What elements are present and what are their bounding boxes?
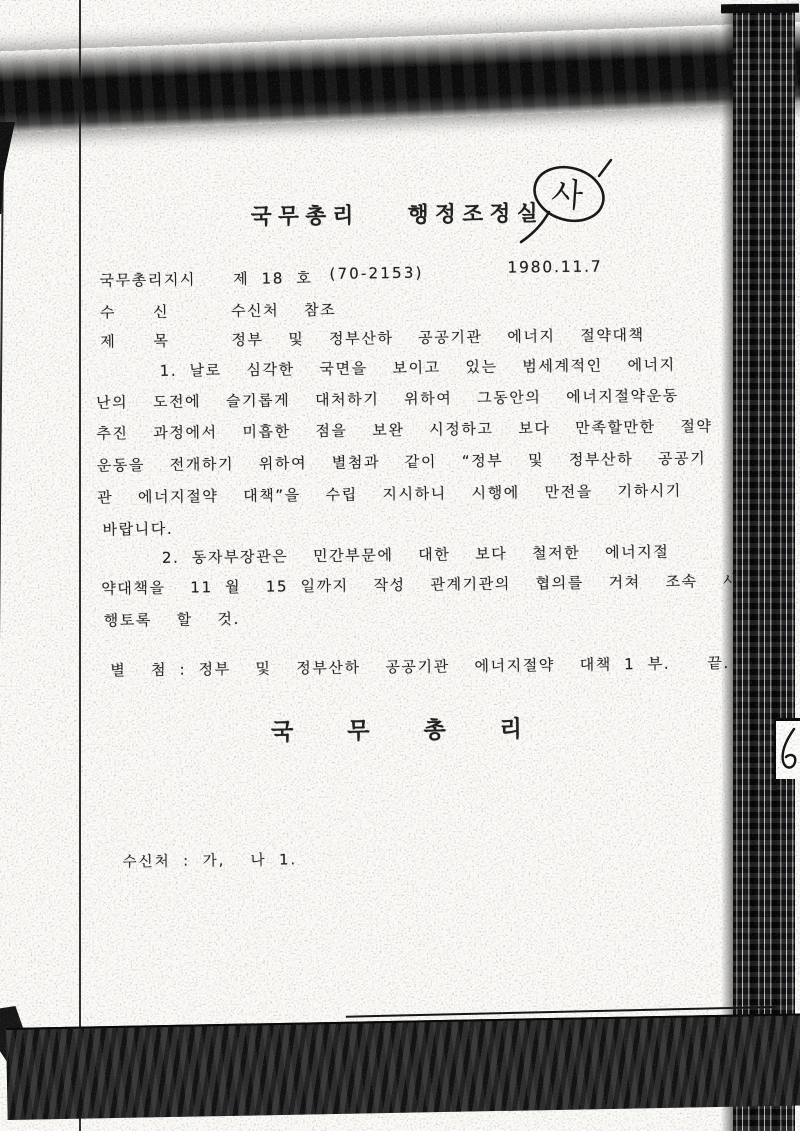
- body-line: 난의 도전에 슬기롭게 대처하기 위하여 그동안의 에너지절약운동: [96, 385, 679, 413]
- recipient-line: 수 신 수신처 참조: [100, 299, 337, 323]
- distribution-line: 수신처 : 가, 나 1.: [122, 848, 297, 871]
- scanned-document-page: 사 국무총리 행정조정실 국무총리지시 제 18 호 (70-2153) 198…: [0, 0, 800, 1131]
- scan-artifact-bottom-band: [6, 1013, 800, 1120]
- body-line: 행토록 할 것.: [104, 608, 241, 631]
- signer-title: 국 무 총 리: [271, 710, 534, 746]
- document-date: 1980.11.7: [507, 257, 602, 276]
- body-line: 1. 날로 심각한 국면을 보이고 있는 범세계적인 에너지: [97, 354, 675, 382]
- body-line: 바랍니다.: [102, 518, 173, 540]
- body-line: 2. 동자부장관은 민간부문에 대한 보다 철저한 에너지절: [100, 541, 670, 569]
- attachment-line: 별 첨 : 정부 및 정부산하 공공기관 에너지절약 대책 1 부. 끝.: [110, 652, 730, 681]
- body-line: 약대책을 11 월 15 일까지 작성 관계기관의 협의를 거쳐 조속 시: [101, 570, 738, 599]
- body-line: 운동을 전개하기 위하여 별첨과 같이 “정부 및 정부산하 공공기: [97, 447, 707, 475]
- body-line: 추진 과정에서 미흡한 점을 보완 시정하고 보다 만족할만한 절약: [96, 415, 712, 444]
- document-number: 국무총리지시 제 18 호: [99, 267, 312, 291]
- issuing-agency-title: 국무총리 행정조정실: [251, 196, 545, 231]
- document-text-layer: 국무총리 행정조정실 국무총리지시 제 18 호 (70-2153) 1980.…: [0, 0, 800, 1131]
- reference-number: (70-2153): [329, 264, 423, 283]
- subject-line: 제 목 정부 및 정부산하 공공기관 에너지 절약대책: [100, 324, 645, 352]
- body-line: 관 에너지절약 대책”을 수립 지시하니 시행에 만전을 기하시기: [97, 480, 682, 508]
